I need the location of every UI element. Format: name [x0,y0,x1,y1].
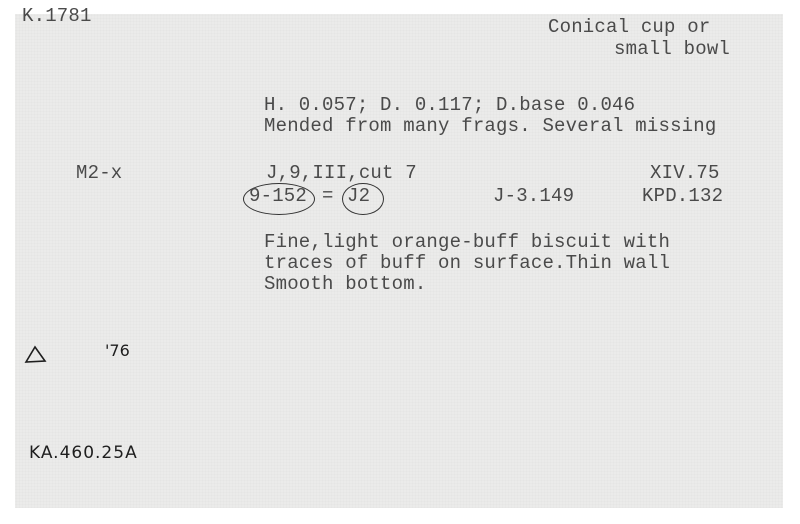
object-type-line-2: small bowl [614,39,730,60]
description-line-3: Smooth bottom. [264,274,426,295]
date-code: XIV.75 [650,163,720,184]
location-code: M2-x [76,163,122,184]
context: J,9,III,cut 7 [266,163,417,184]
condition: Mended from many frags. Several missing [264,116,716,137]
object-type-line-1: Conical cup or [548,17,710,38]
kpd-number: KPD.132 [642,186,723,207]
description-line-2: traces of buff on surface.Thin wall [264,253,670,274]
dimensions: H. 0.057; D. 0.117; D.base 0.046 [264,95,635,116]
handwritten-year: '76 [105,341,130,360]
description-line-1: Fine,light orange-buff biscuit with [264,232,670,253]
triangle-icon [24,344,48,364]
inventory-circled-ref: J2 [347,186,370,207]
inventory-circled: 9-152 [249,186,307,207]
handwritten-ref: KA.460.25A [29,443,138,463]
equals-sign: = [322,186,334,207]
catalog-number: K.1781 [22,6,92,27]
ref-number: J-3.149 [493,186,574,207]
